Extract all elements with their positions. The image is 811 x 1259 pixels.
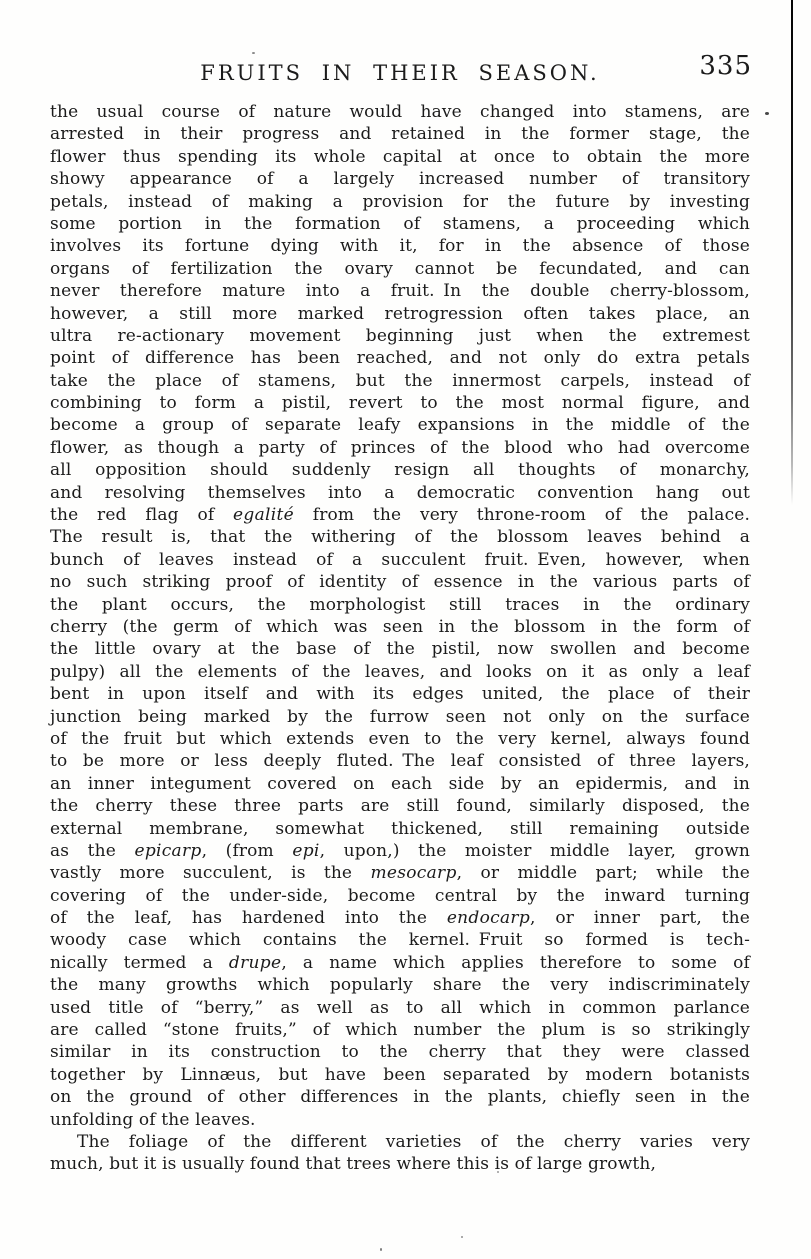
scan-speck [765,112,769,115]
text-line: all opposition should suddenly resign al… [50,459,750,481]
scan-speck [380,1248,382,1251]
text-line: an inner integument covered on each side… [50,773,750,795]
body-text: the usual course of nature would have ch… [50,101,750,1176]
text-line: organs of fertilization the ovary cannot… [50,258,750,280]
scan-speck [461,1236,463,1238]
text-line: pulpy) all the elements of the leaves, a… [50,661,750,683]
text-line: to be more or less deeply fluted. The le… [50,750,750,772]
text-line: much, but it is usually found that trees… [50,1153,750,1175]
text-line: unfolding of the leaves. [50,1109,750,1131]
text-line: The foliage of the different varieties o… [50,1131,750,1153]
scan-speck [252,52,255,54]
text-line: involves its fortune dying with it, for … [50,235,750,257]
scan-artifact-line [791,0,793,505]
text-line: on the ground of other differences in th… [50,1086,750,1108]
text-line: external membrane, somewhat thickened, s… [50,818,750,840]
text-line: used title of “berry,” as well as to all… [50,997,750,1019]
text-line: never therefore mature into a fruit. In … [50,280,750,302]
text-line: however, a still more marked retrogressi… [50,303,750,325]
scan-speck [497,1171,499,1173]
text-line: as the epicarp, (from epi, upon,) the mo… [50,840,750,862]
text-line: the little ovary at the base of the pist… [50,638,750,660]
text-line: The result is, that the withering of the… [50,526,750,548]
text-line: the usual course of nature would have ch… [50,101,750,123]
text-line: junction being marked by the furrow seen… [50,706,750,728]
text-line: no such striking proof of identity of es… [50,571,750,593]
text-line: petals, instead of making a provision fo… [50,191,750,213]
page-number: 335 [699,51,752,81]
text-line: flower, as though a party of princes of … [50,437,750,459]
text-line: vastly more succulent, is the mesocarp, … [50,862,750,884]
book-page: FRUITS IN THEIR SEASON. 335 the usual co… [0,0,811,1259]
text-line: and resolving themselves into a democrat… [50,482,750,504]
text-line: nically termed a drupe, a name which app… [50,952,750,974]
text-line: arrested in their progress and retained … [50,123,750,145]
text-line: become a group of separate leafy expansi… [50,414,750,436]
text-line: the plant occurs, the morphologist still… [50,594,750,616]
text-line: take the place of stamens, but the inner… [50,370,750,392]
page-header: FRUITS IN THEIR SEASON. 335 [50,55,750,93]
running-head-title: FRUITS IN THEIR SEASON. [50,61,750,85]
text-line: bunch of leaves instead of a succulent f… [50,549,750,571]
text-line: bent in upon itself and with its edges u… [50,683,750,705]
text-line: together by Linnæus, but have been separ… [50,1064,750,1086]
text-line: the many growths which popularly share t… [50,974,750,996]
text-line: some portion in the formation of stamens… [50,213,750,235]
text-line: cherry (the germ of which was seen in th… [50,616,750,638]
text-line: of the leaf, has hardened into the endoc… [50,907,750,929]
text-line: showy appearance of a largely increased … [50,168,750,190]
text-line: point of difference has been reached, an… [50,347,750,369]
text-line: of the fruit but which extends even to t… [50,728,750,750]
text-line: flower thus spending its whole capital a… [50,146,750,168]
text-line: woody case which contains the kernel. Fr… [50,929,750,951]
text-line: covering of the under-side, become centr… [50,885,750,907]
text-line: similar in its construction to the cherr… [50,1041,750,1063]
text-line: are called “stone fruits,” of which numb… [50,1019,750,1041]
text-line: ultra re-actionary movement beginning ju… [50,325,750,347]
text-line: combining to form a pistil, revert to th… [50,392,750,414]
text-line: the cherry these three parts are still f… [50,795,750,817]
text-line: the red flag of egalité from the very th… [50,504,750,526]
